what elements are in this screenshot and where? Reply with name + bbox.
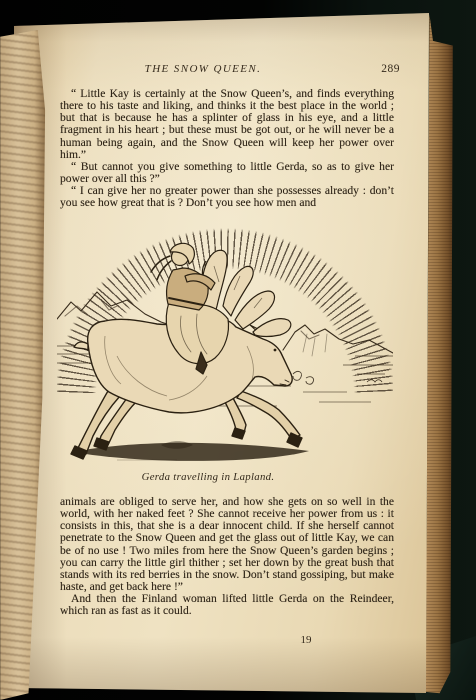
paragraph: “ I can give her no greater power than s… <box>60 185 394 209</box>
book-photo: THE SNOW QUEEN. 289 “ Little Kay is cert… <box>0 0 476 700</box>
paragraph: “ But cannot you give something to littl… <box>60 161 394 185</box>
illustration-gerda-reindeer <box>57 226 393 470</box>
page-number: 289 <box>360 63 400 75</box>
text-block-upper: “ Little Kay is certainly at the Snow Qu… <box>60 88 394 210</box>
text-block-lower: animals are obliged to serve her, and ho… <box>60 496 394 618</box>
paragraph: And then the Finland woman lifted little… <box>60 593 394 617</box>
bird <box>367 380 382 382</box>
engraving-drawing <box>57 226 393 470</box>
breath-swirls <box>293 371 314 384</box>
signature-mark: 19 <box>291 634 321 646</box>
illustration-caption: Gerda travelling in Lapland. <box>40 471 376 483</box>
paragraph: “ Little Kay is certainly at the Snow Qu… <box>60 88 394 161</box>
running-title: THE SNOW QUEEN. <box>128 63 278 75</box>
paragraph: animals are obliged to serve her, and ho… <box>60 496 394 593</box>
